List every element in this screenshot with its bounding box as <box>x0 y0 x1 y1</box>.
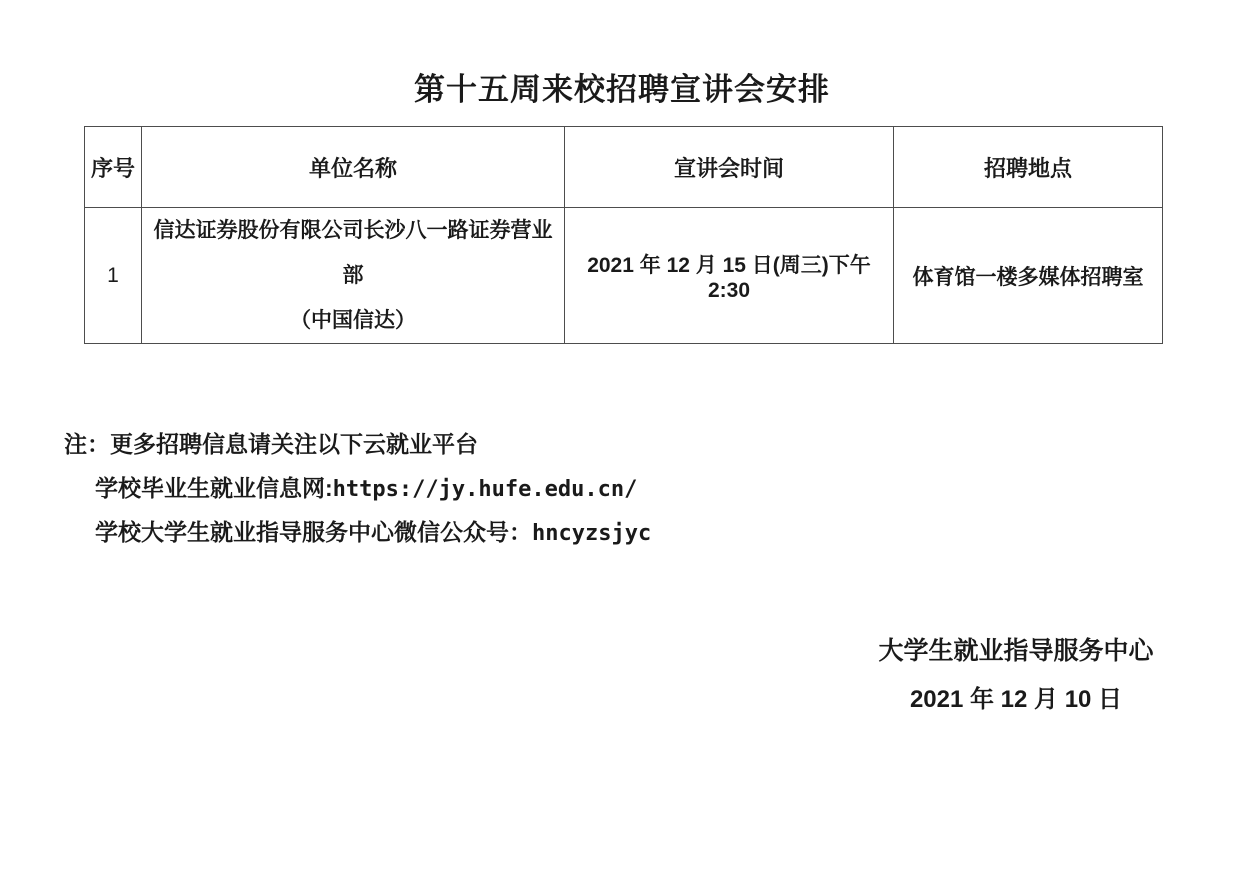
signature-block: 大学生就业指导服务中心 2021 年 12 月 10 日 <box>868 636 1164 714</box>
row-company: 信达证券股份有限公司长沙八一路证券营业部 （中国信达） <box>142 208 565 344</box>
document-page: 第十五周来校招聘宣讲会安排 序号 单位名称 宣讲会时间 招聘地点 1 <box>0 0 1244 876</box>
note-wechat-account: hncyzsjyc <box>532 521 651 546</box>
table-row: 1 信达证券股份有限公司长沙八一路证券营业部 （中国信达） 2021 年 12 … <box>85 208 1163 344</box>
note-website: 学校毕业生就业信息网:https://jy.hufe.edu.cn/ <box>64 466 651 510</box>
row-index: 1 <box>85 208 142 344</box>
page-title: 第十五周来校招聘宣讲会安排 <box>0 64 1244 109</box>
signature-date: 2021 年 12 月 10 日 <box>868 679 1164 714</box>
note-wechat-label: 学校大学生就业指导服务中心微信公众号： <box>95 519 532 545</box>
table-header-row: 序号 单位名称 宣讲会时间 招聘地点 <box>85 127 1163 208</box>
header-location: 招聘地点 <box>894 127 1163 208</box>
header-time: 宣讲会时间 <box>565 127 894 208</box>
row-time: 2021 年 12 月 15 日(周三)下午 2:30 <box>565 208 894 344</box>
note-intro: 注：更多招聘信息请关注以下云就业平台 <box>64 422 651 466</box>
recruitment-schedule-table: 序号 单位名称 宣讲会时间 招聘地点 1 信达证券股份有限公司长沙八一路证券营业… <box>84 126 1163 344</box>
signature-organization: 大学生就业指导服务中心 <box>868 636 1164 666</box>
company-name-line1: 信达证券股份有限公司长沙八一路证券营业部 <box>148 208 558 298</box>
header-index: 序号 <box>85 127 142 208</box>
note-website-label: 学校毕业生就业信息网: <box>95 475 333 501</box>
company-name-line2: （中国信达） <box>148 298 558 343</box>
notes-section: 注：更多招聘信息请关注以下云就业平台 学校毕业生就业信息网:https://jy… <box>64 422 651 554</box>
note-wechat: 学校大学生就业指导服务中心微信公众号：hncyzsjyc <box>64 510 651 554</box>
row-location: 体育馆一楼多媒体招聘室 <box>894 208 1163 344</box>
note-website-url: https://jy.hufe.edu.cn/ <box>333 477 638 502</box>
header-company: 单位名称 <box>142 127 565 208</box>
schedule-table: 序号 单位名称 宣讲会时间 招聘地点 1 信达证券股份有限公司长沙八一路证券营业… <box>84 126 1163 344</box>
